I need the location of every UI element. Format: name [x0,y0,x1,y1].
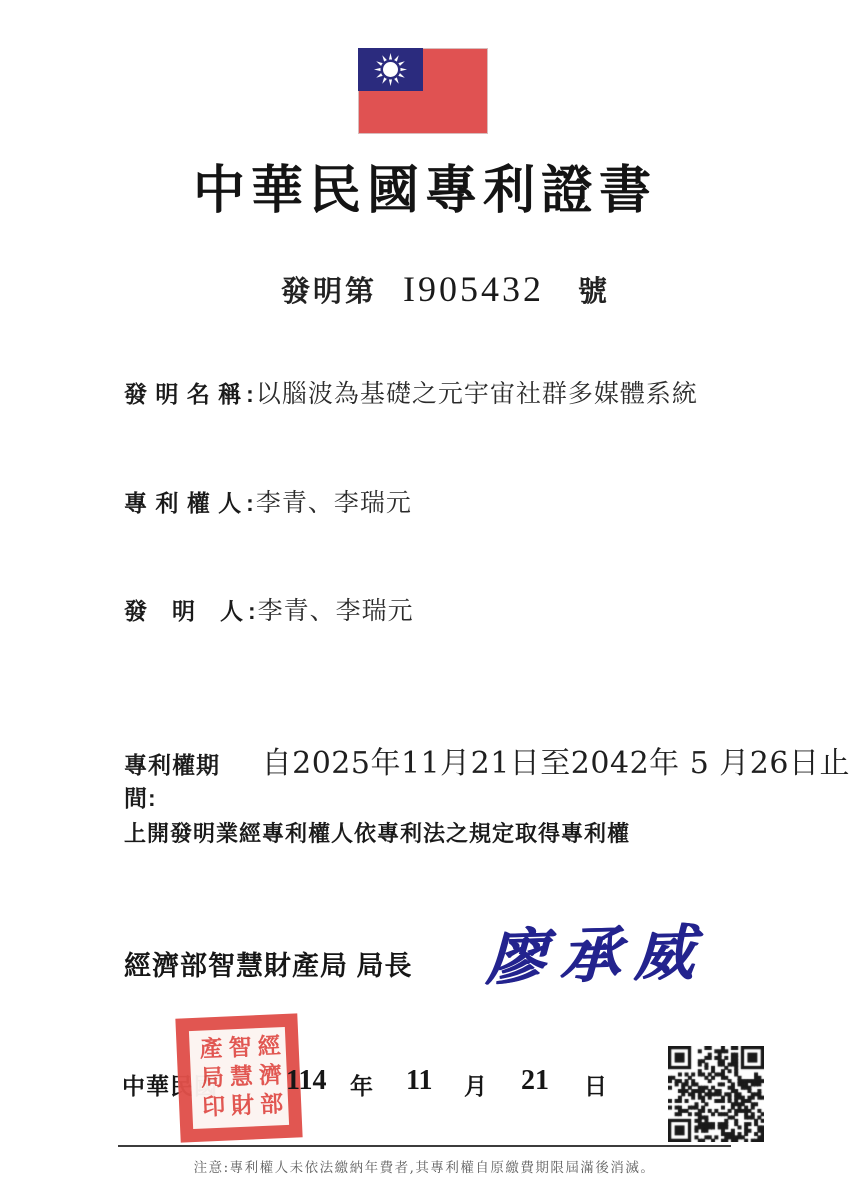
date-day-unit: 日 [584,1068,607,1101]
flag-sun-icon [358,48,423,91]
field-patent-term: 專利權期間: 自2025年11月21日至2042年 5 月26日止 [124,738,850,813]
patent-number-suffix: 號 [578,269,610,310]
seal-column: 產局印 [194,1035,226,1123]
official-seal: 經濟部 智慧財 產局印 [175,1013,302,1142]
date-year: 114 [286,1065,326,1097]
flag-canton [358,48,423,91]
field-patentee: 專 利 權 人 : 李青、李瑞元 [124,483,412,519]
patentee-value: 李青、李瑞元 [256,483,412,519]
footnote: 注意:專利權人未依法繳納年費者,其專利權自原繳費期限屆滿後消滅。 [118,1156,731,1176]
patent-type-label: 發明第 [281,269,377,310]
inventor-value: 李青、李瑞元 [258,591,414,627]
patent-number-line: 發明第 I905432 號 [281,268,610,310]
inventor-label: 發 明 人 [124,593,244,626]
patent-number: I905432 [403,268,544,310]
colon: : [246,381,254,408]
patent-term-value: 自2025年11月21日至2042年 5 月26日止 [262,738,850,782]
invention-name-label: 發 明 名 稱 [124,376,242,409]
certificate-title: 中華民國專利證書 [0,148,850,223]
patent-term-label: 專利權期間: [124,747,242,813]
seal-column: 經濟部 [252,1033,284,1121]
grant-statement: 上開發明業經專利權人依專利法之規定取得專利權 [124,817,630,848]
colon: : [248,598,256,625]
issuing-office-title: 經濟部智慧財產局 局長 [124,944,413,983]
roc-flag [358,48,488,134]
date-year-unit: 年 [350,1068,373,1101]
date-month: 11 [406,1065,432,1097]
invention-name-value: 以腦波為基礎之元宇宙社群多媒體系統 [256,374,698,410]
director-signature: 廖承威 [485,905,709,997]
footer-divider [118,1145,731,1147]
date-month-unit: 月 [464,1068,487,1101]
patentee-label: 專 利 權 人 [124,485,242,518]
field-inventor: 發 明 人 : 李青、李瑞元 [124,591,414,627]
field-invention-name: 發 明 名 稱 : 以腦波為基礎之元宇宙社群多媒體系統 [124,374,698,410]
colon: : [246,490,254,517]
date-day: 21 [521,1065,549,1097]
seal-column: 智慧財 [223,1034,255,1122]
qr-code [668,1046,764,1142]
patent-certificate-page: 中華民國專利證書 發明第 I905432 號 發 明 名 稱 : 以腦波為基礎之… [0,0,850,1200]
